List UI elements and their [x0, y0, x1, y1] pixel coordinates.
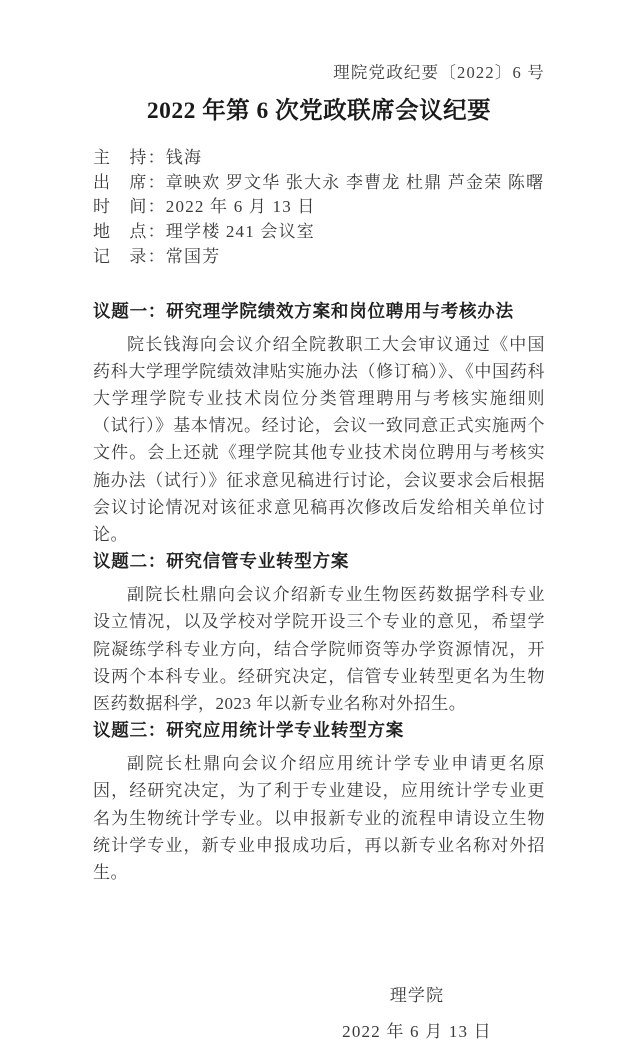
topic-2-body: 副院长杜鼎向会议介绍新专业生物医药数据学科专业设立情况，以及学校对学院开设三个专… — [93, 581, 545, 717]
topic-section-3: 议题三：研究应用统计学专业转型方案 副院长杜鼎向会议介绍应用统计学专业申请更名原… — [93, 717, 545, 886]
topic-1-body: 院长钱海向会议介绍全院教职工大会审议通过《中国药科大学理学院绩效津贴实施办法（修… — [93, 331, 545, 549]
document-page: 理院党政纪要〔2022〕6 号 2022 年第 6 次党政联席会议纪要 主 持：… — [0, 0, 639, 1051]
document-content: 理院党政纪要〔2022〕6 号 2022 年第 6 次党政联席会议纪要 主 持：… — [93, 63, 545, 1045]
meta-attendees: 出 席：章映欢 罗文华 张大永 李曹龙 杜鼎 芦金荣 陈曙 — [93, 171, 545, 196]
signature-org: 理学院 — [289, 982, 545, 1009]
meta-host: 主 持：钱海 — [93, 146, 545, 171]
signature-block: 理学院 2022 年 6 月 13 日 — [289, 982, 545, 1045]
doc-ref-number: 理院党政纪要〔2022〕6 号 — [93, 63, 545, 82]
topic-1-heading: 议题一：研究理学院绩效方案和岗位聘用与考核办法 — [93, 298, 545, 325]
topic-section-1: 议题一：研究理学院绩效方案和岗位聘用与考核办法 院长钱海向会议介绍全院教职工大会… — [93, 298, 545, 549]
topic-2-heading: 议题二：研究信管专业转型方案 — [93, 548, 545, 575]
topic-section-2: 议题二：研究信管专业转型方案 副院长杜鼎向会议介绍新专业生物医药数据学科专业设立… — [93, 548, 545, 717]
meta-block: 主 持：钱海 出 席：章映欢 罗文华 张大永 李曹龙 杜鼎 芦金荣 陈曙 时 间… — [93, 146, 545, 270]
signature-date: 2022 年 6 月 13 日 — [289, 1018, 545, 1045]
meta-recorder: 记 录：常国芳 — [93, 245, 545, 270]
doc-title: 2022 年第 6 次党政联席会议纪要 — [93, 96, 545, 127]
topic-3-body: 副院长杜鼎向会议介绍应用统计学专业申请更名原因，经研究决定，为了利于专业建设，应… — [93, 750, 545, 886]
meta-location: 地 点：理学楼 241 会议室 — [93, 220, 545, 245]
topics-block: 议题一：研究理学院绩效方案和岗位聘用与考核办法 院长钱海向会议介绍全院教职工大会… — [93, 298, 545, 887]
topic-3-heading: 议题三：研究应用统计学专业转型方案 — [93, 717, 545, 744]
meta-time: 时 间：2022 年 6 月 13 日 — [93, 195, 545, 220]
